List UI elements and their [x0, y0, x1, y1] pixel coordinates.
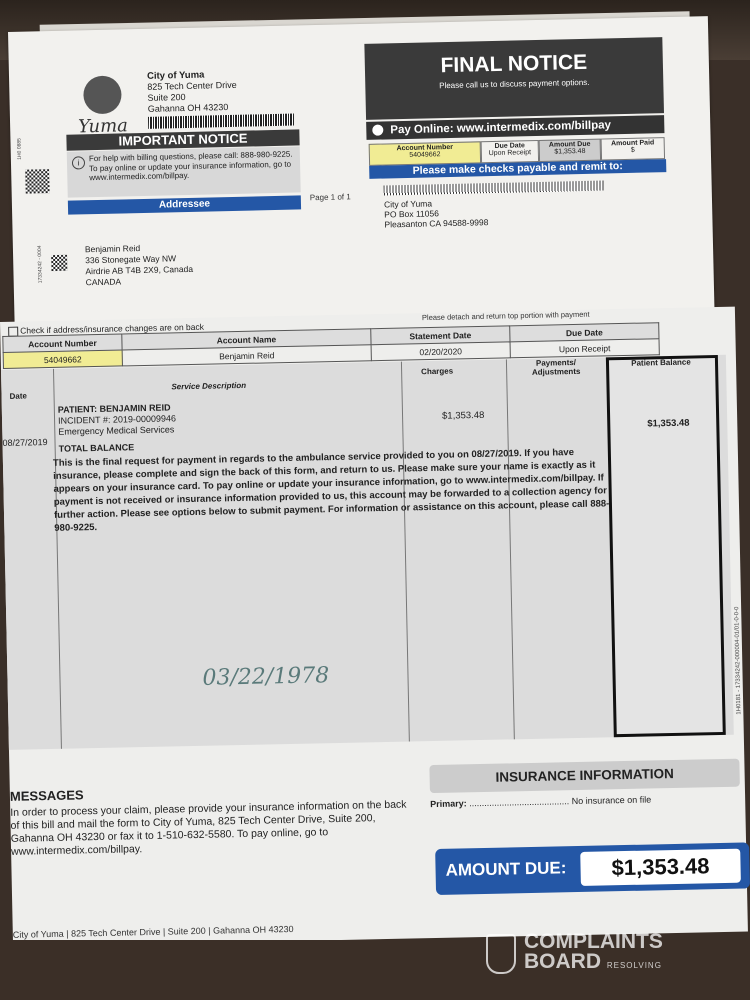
- qr-code-icon: [25, 169, 50, 194]
- recipient-name: Benjamin Reid: [85, 243, 140, 254]
- box-value: $1,353.48: [540, 148, 600, 156]
- col-service: Service Description: [171, 381, 246, 392]
- amount-due-box: AMOUNT DUE: $1,353.48: [435, 842, 750, 895]
- qr-code-icon: [51, 255, 67, 271]
- final-notice-banner: FINAL NOTICE Please call us to discuss p…: [364, 37, 664, 120]
- recipient-city: Airdrie AB T4B 2X9, Canada: [85, 264, 193, 276]
- side-code: 1H0181 - 17334242-000004-01/01-0-0-0: [734, 606, 742, 714]
- col-date: Date: [9, 391, 27, 400]
- org-city: Gahanna OH 43230: [148, 102, 229, 114]
- col-payments: Payments/ Adjustments: [516, 358, 596, 378]
- sender-address: City of Yuma 825 Tech Center Drive Suite…: [147, 69, 237, 115]
- help-box: i For help with billing questions, pleas…: [67, 146, 301, 197]
- watermark: COMPLAINTS BOARD RESOLVING: [488, 932, 663, 976]
- side-code: 17334242 - 0004: [37, 245, 44, 283]
- pay-online-link[interactable]: Pay Online: www.intermedix.com/billpay: [390, 119, 611, 136]
- amount-due-value: $1,353.48: [580, 849, 741, 886]
- messages-section: MESSAGES In order to process your claim,…: [10, 782, 413, 940]
- recipient-address: Benjamin Reid 336 Stonegate Way NW Airdr…: [85, 242, 194, 288]
- amount-due-label: AMOUNT DUE:: [445, 858, 566, 881]
- statement-date-value: 02/20/2020: [371, 342, 510, 361]
- postal-barcode: [384, 181, 604, 196]
- remittance-stub: Yuma City of Yuma 825 Tech Center Drive …: [8, 16, 715, 332]
- primary-label: Primary:: [430, 798, 467, 809]
- insurance-title: INSURANCE INFORMATION: [429, 759, 740, 793]
- item-charges: $1,353.48: [442, 410, 484, 422]
- box-account-number: Account Number54049662: [369, 141, 481, 166]
- final-request-message: This is the final request for payment in…: [53, 445, 615, 535]
- recipient-street: 336 Stonegate Way NW: [85, 253, 176, 265]
- patient-balance-column: [606, 355, 726, 737]
- service-table: Date Service Description Charges Payment…: [1, 355, 734, 750]
- col-charges: Charges: [421, 367, 453, 377]
- service-name: Emergency Medical Services: [58, 424, 176, 437]
- item-balance: $1,353.48: [647, 418, 689, 430]
- handwritten-date: 03/22/1978: [202, 663, 329, 691]
- help-text: For help with billing questions, please …: [89, 150, 293, 183]
- barcode: [148, 114, 294, 129]
- remit-address: City of Yuma PO Box 11056 Pleasanton CA …: [384, 197, 489, 229]
- line-item: PATIENT: BENJAMIN REID INCIDENT #: 2019-…: [58, 402, 177, 454]
- box-due-date: Due DateUpon Receipt: [481, 140, 539, 163]
- box-amount-paid[interactable]: Amount Paid$: [601, 137, 665, 160]
- org-suite: Suite 200: [147, 92, 185, 103]
- info-icon: i: [72, 156, 85, 169]
- final-notice-title: FINAL NOTICE: [365, 49, 663, 80]
- box-value: Upon Receipt: [482, 149, 538, 157]
- org-street: 825 Tech Center Drive: [147, 80, 237, 92]
- addressee-banner: Addressee: [68, 195, 301, 214]
- col-balance: Patient Balance: [621, 357, 701, 368]
- watermark-line2: BOARD: [524, 950, 601, 973]
- box-value: 54049662: [370, 150, 480, 159]
- due-date-value: Upon Receipt: [510, 339, 659, 358]
- account-number-value: 54049662: [3, 350, 122, 368]
- item-date: 08/27/2019: [2, 437, 47, 448]
- messages-text: In order to process your claim, please p…: [10, 799, 411, 859]
- watermark-tag: RESOLVING: [607, 961, 662, 970]
- recipient-country: CANADA: [86, 276, 122, 287]
- statement-body: Check if address/insurance changes are o…: [0, 307, 748, 947]
- box-amount-due: Amount Due$1,353.48: [539, 139, 601, 162]
- page-indicator: Page 1 of 1: [310, 192, 351, 202]
- insurance-section: INSURANCE INFORMATION Primary: .........…: [429, 759, 740, 809]
- clock-icon: [372, 125, 383, 136]
- remit-city: Pleasanton CA 94588-9998: [384, 217, 488, 229]
- primary-value: No insurance on file: [572, 794, 652, 806]
- side-code: 1H0 0885: [16, 138, 22, 160]
- city-logo-icon: [83, 75, 122, 114]
- insurance-primary: Primary: ...............................…: [430, 793, 740, 809]
- box-value: $: [602, 146, 664, 154]
- shield-icon: [486, 934, 516, 974]
